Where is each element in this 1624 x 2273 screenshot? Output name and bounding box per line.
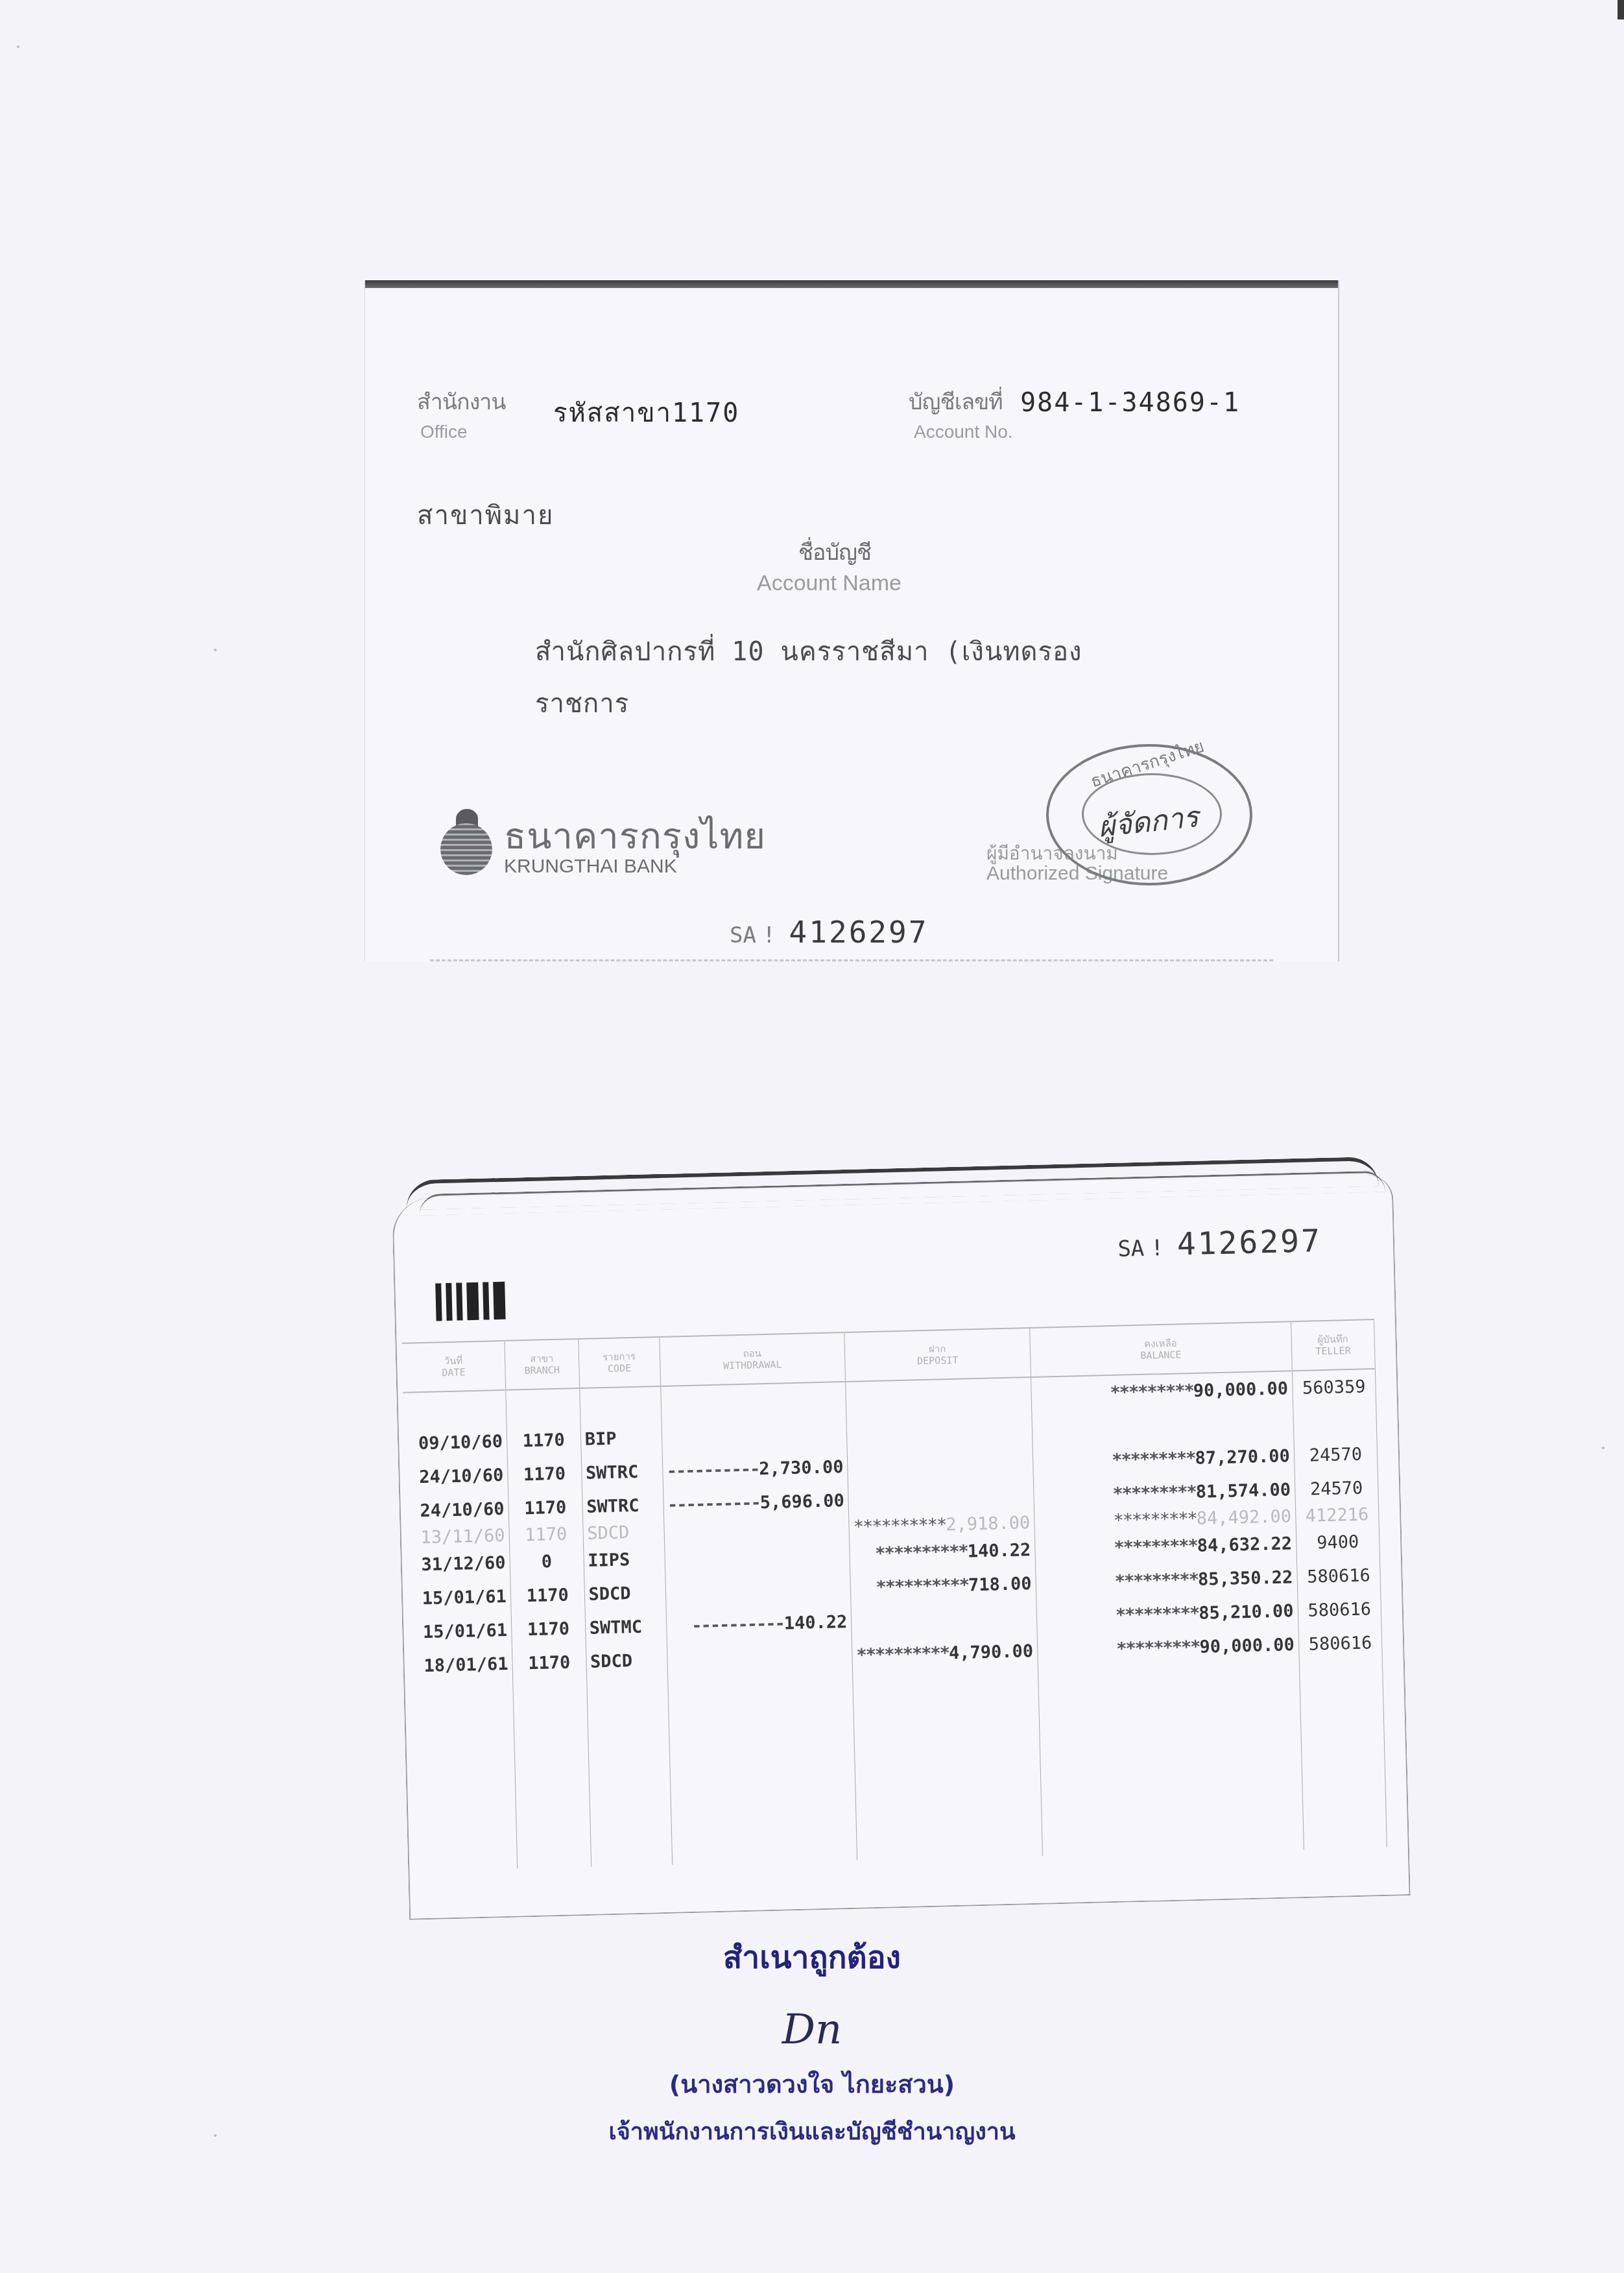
cell-code: IIPS [583,1542,665,1578]
bank-emblem-icon [436,809,496,885]
scan-speck [17,45,19,48]
column-header-withdrawal: ถอนWITHDRAWAL [659,1332,845,1386]
cell-withdrawal: ----------140.22 [666,1605,852,1643]
cell-withdrawal [664,1537,850,1576]
account-name-label-th: ชื่อบัญชี [798,535,871,570]
cell-code: SWTRC [581,1454,663,1490]
cell-date: 09/10/60 [404,1425,508,1461]
account-name-line1: สำนักศิลปากรที่ 10 นครราชสีมา (เงินทดรอง [535,631,1082,672]
branch-name: สาขาพิมาย [417,494,554,536]
cell-code: SWTRC [582,1488,663,1524]
cell-date: 15/01/61 [407,1580,511,1616]
signer-position: เจ้าพนักงานการเงินและบัญชีชำนาญงาน [0,2113,1624,2150]
cell-code: SDCD [586,1643,667,1679]
cell-code: SDCD [582,1522,664,1544]
cell-teller: 24570 [1295,1471,1379,1506]
cover-top-edge [365,280,1338,288]
cell-deposit: **********4,790.00 [852,1634,1038,1672]
signer-name: (นางสาวดวงใจ ไกยะสวน) [0,2064,1624,2104]
office-value: รหัสสาขา1170 [553,392,739,433]
serial-prefix: SA [730,922,756,948]
cell-date: 15/01/61 [409,1613,512,1650]
cell-branch: 1170 [507,1456,582,1492]
opening-balance: *********90,000.00 [1031,1371,1293,1412]
cell-teller: 9400 [1296,1524,1380,1560]
serial-number: 4126297 [1176,1223,1322,1262]
cell-withdrawal [661,1416,847,1454]
cell-teller: 580616 [1298,1626,1383,1661]
scan-edge-mark [1618,0,1624,19]
cell-date: 24/10/60 [405,1458,508,1495]
column-header-balance: คงเหลือBALANCE [1029,1321,1292,1377]
barcode-icon [435,1282,505,1321]
cell-branch: 0 [509,1544,584,1580]
column-header-date: วันที่DATE [401,1341,505,1393]
bank-stamp: ธนาคารกรุงไทย ผู้จัดการ [1027,738,1273,900]
cell-date: 18/01/61 [409,1647,513,1683]
account-name-label-en: Account Name [757,571,902,596]
account-no-label-en: Account No. [914,422,1013,442]
transaction-table: วันที่DATEสาขาBRANCHรายการCODEถอนWITHDRA… [401,1319,1387,1871]
certified-copy-title: สำเนาถูกต้อง [0,1933,1624,1982]
cell-deposit: **********140.22 [850,1533,1036,1571]
cell-branch: 1170 [507,1423,581,1458]
cell-code: SDCD [584,1576,665,1611]
cell-deposit [848,1479,1034,1517]
cell-branch: 1170 [512,1645,586,1681]
account-no-label-th: บัญชีเลขที่ [909,384,1003,419]
cell-teller: 580616 [1296,1558,1381,1594]
cover-serial-number: SA ! 4126297 [730,915,928,950]
cell-date: 13/11/60 [406,1526,509,1548]
certification-block: สำเนาถูกต้อง Dn (นางสาวดวงใจ ไกยะสวน) เจ… [0,1933,1624,2150]
column-header-branch: สาขาBRANCH [505,1339,579,1390]
bank-name-th: ธนาคารกรุงไทย [504,817,766,856]
passbook-cover: สำนักงาน Office รหัสสาขา1170 บัญชีเลขที่… [364,280,1339,961]
cell-deposit [851,1600,1037,1639]
cell-deposit: **********718.00 [850,1567,1036,1605]
scan-speck [214,649,217,651]
passbook-statement-page: SA ! 4126297 วันที่DATEสาขาBRANCHรายการC… [392,1174,1411,1919]
cell-code: SWTMC [585,1609,667,1645]
empty-rows [410,1659,1387,1871]
cell-teller: 412216 [1295,1504,1379,1526]
cell-branch: 1170 [510,1578,585,1613]
cell-deposit [846,1412,1033,1450]
cell-withdrawal: ----------2,730.00 [662,1450,848,1488]
serial-number: 4126297 [789,915,929,950]
column-header-code: รายการCODE [578,1337,660,1388]
cell-teller: 24570 [1294,1437,1378,1473]
cell-branch: 1170 [509,1524,583,1546]
account-name-line2: ราชการ [535,682,629,724]
office-label-th: สำนักงาน [417,384,506,419]
cell-branch: 1170 [508,1490,582,1526]
account-no-value: 984-1-34869-1 [1020,388,1240,418]
column-header-deposit: ฝากDEPOSIT [844,1328,1031,1382]
krungthai-bank-logo: ธนาคารกรุงไทย KRUNGTHAI BANK [436,809,766,885]
scan-speck [1602,1447,1605,1449]
cell-withdrawal [665,1571,851,1609]
cell-date: 24/10/60 [405,1492,509,1528]
signature: Dn [0,2006,1624,2054]
cell-deposit [847,1445,1033,1484]
serial-prefix: SA [1117,1236,1145,1262]
cell-withdrawal [667,1639,853,1677]
cover-perforation [430,957,1273,961]
cell-code: BIP [580,1421,662,1456]
cell-teller: 580616 [1297,1592,1381,1628]
cell-withdrawal: ----------5,696.00 [663,1484,849,1522]
office-label-en: Office [420,422,468,442]
opening-teller: 560359 [1292,1369,1376,1405]
cell-branch: 1170 [511,1611,586,1647]
cell-teller [1293,1403,1377,1439]
column-header-teller: ผู้บันทึกTELLER [1291,1319,1375,1371]
cell-date: 31/12/60 [407,1546,510,1582]
bank-name-en: KRUNGTHAI BANK [504,856,766,878]
page-serial-number: SA ! 4126297 [1117,1223,1322,1264]
